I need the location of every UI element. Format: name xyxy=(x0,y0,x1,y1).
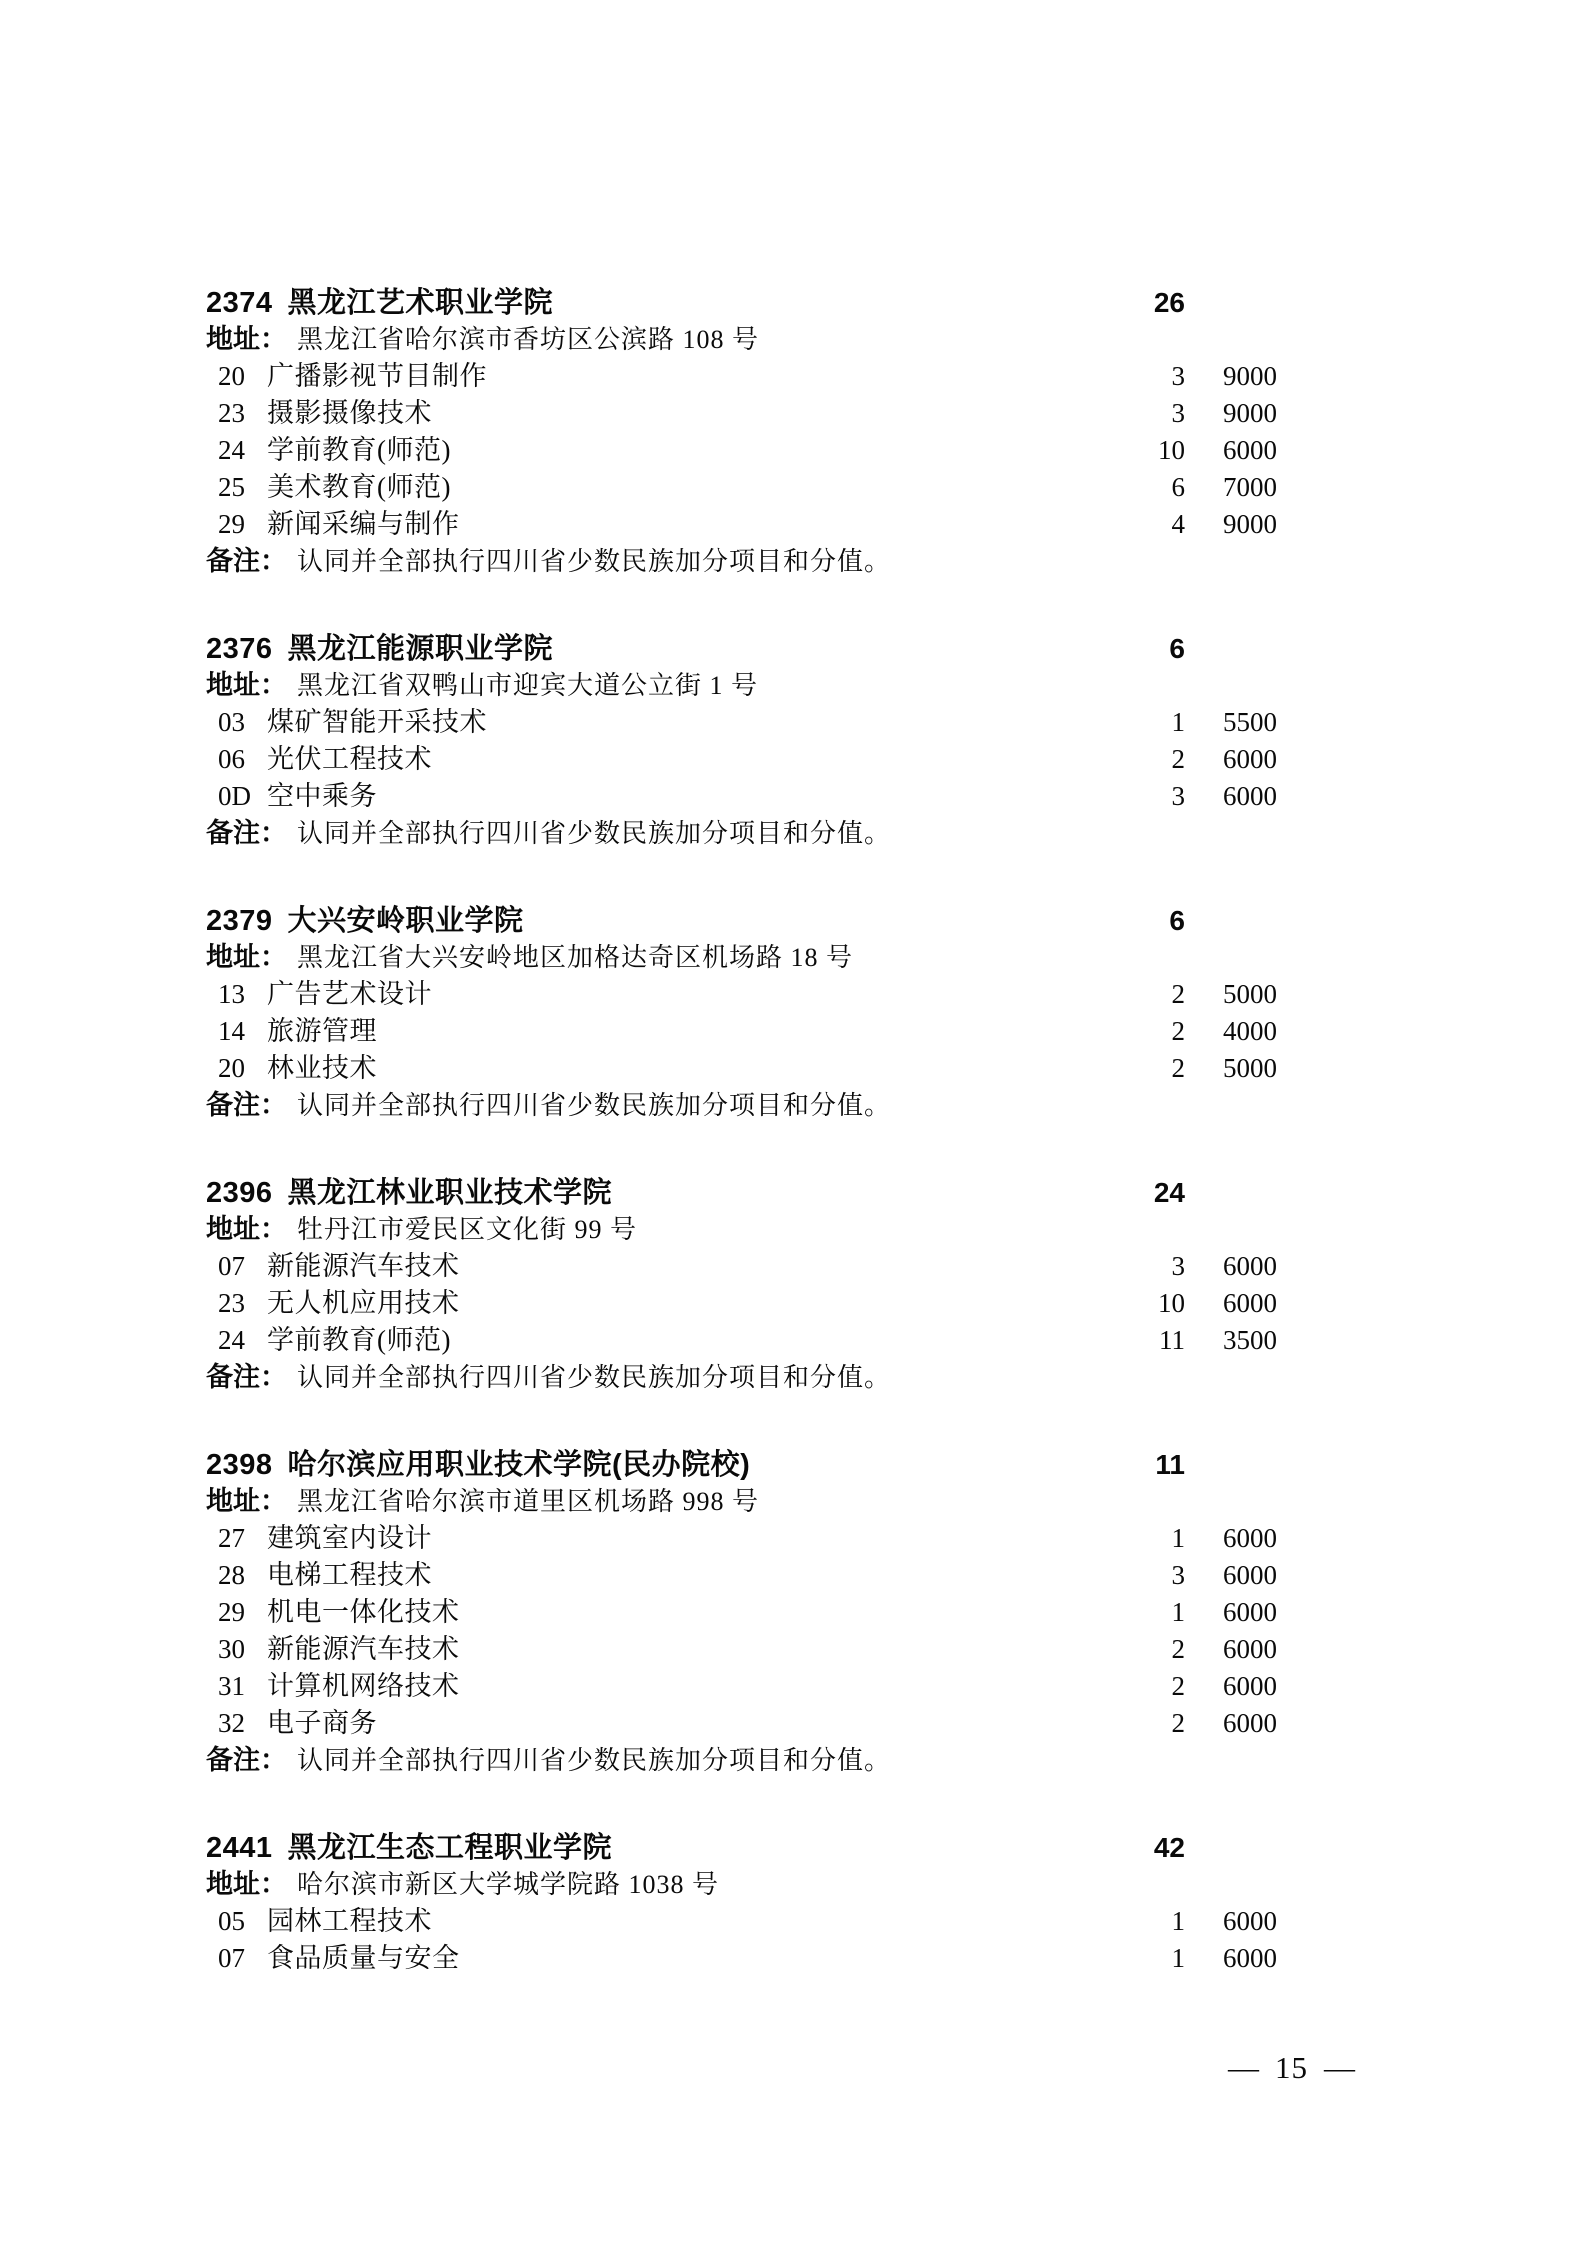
address-row: 地址： 黑龙江省哈尔滨市道里区机场路 998 号 xyxy=(206,1483,1277,1520)
major-code: 13 xyxy=(218,976,252,1013)
remark-row: 备注： 认同并全部执行四川省少数民族加分项目和分值。 xyxy=(206,543,1277,580)
address-label: 地址： xyxy=(206,667,287,704)
major-name: 电子商务 xyxy=(267,1705,1107,1742)
major-plan-count: 2 xyxy=(1107,1013,1185,1050)
address-text: 黑龙江省哈尔滨市香坊区公滨路 108 号 xyxy=(297,321,1277,358)
major-plan-count: 2 xyxy=(1107,1631,1185,1668)
major-row: 27 建筑室内设计 1 6000 xyxy=(206,1520,1277,1557)
major-name: 摄影摄像技术 xyxy=(267,395,1107,432)
major-plan-count: 11 xyxy=(1107,1322,1185,1359)
institution-total-plan: 24 xyxy=(1095,1174,1185,1211)
major-code: 03 xyxy=(218,704,252,741)
major-name: 新闻采编与制作 xyxy=(267,506,1107,543)
major-name: 机电一体化技术 xyxy=(267,1594,1107,1631)
institution-name: 黑龙江能源职业学院 xyxy=(288,631,1095,668)
institution-header-row: 2396 黑龙江林业职业技术学院 24 xyxy=(206,1174,1277,1211)
major-tuition-fee: 6000 xyxy=(1185,1631,1277,1668)
major-tuition-fee: 6000 xyxy=(1185,1594,1277,1631)
major-tuition-fee: 9000 xyxy=(1185,395,1277,432)
major-plan-count: 1 xyxy=(1107,1940,1185,1977)
major-plan-count: 2 xyxy=(1107,1668,1185,1705)
major-name: 光伏工程技术 xyxy=(267,741,1107,778)
major-code: 24 xyxy=(218,1322,252,1359)
address-label: 地址： xyxy=(206,321,287,358)
major-row: 07 食品质量与安全 1 6000 xyxy=(206,1940,1277,1977)
remark-row: 备注： 认同并全部执行四川省少数民族加分项目和分值。 xyxy=(206,815,1277,852)
institution-code: 2441 xyxy=(206,1830,273,1867)
major-row: 24 学前教育(师范) 11 3500 xyxy=(206,1322,1277,1359)
major-plan-count: 3 xyxy=(1107,1248,1185,1285)
major-name: 空中乘务 xyxy=(267,778,1107,815)
address-text: 哈尔滨市新区大学城学院路 1038 号 xyxy=(297,1866,1277,1903)
major-row: 31 计算机网络技术 2 6000 xyxy=(206,1668,1277,1705)
major-code: 32 xyxy=(218,1705,252,1742)
major-plan-count: 6 xyxy=(1107,469,1185,506)
institution-name: 黑龙江生态工程职业学院 xyxy=(288,1830,1095,1867)
major-tuition-fee: 5500 xyxy=(1185,704,1277,741)
major-code: 07 xyxy=(218,1940,252,1977)
major-tuition-fee: 6000 xyxy=(1185,1557,1277,1594)
major-tuition-fee: 6000 xyxy=(1185,1903,1277,1940)
remark-label: 备注： xyxy=(206,815,287,852)
address-label: 地址： xyxy=(206,1866,287,1903)
major-code: 24 xyxy=(218,432,252,469)
major-code: 06 xyxy=(218,741,252,778)
institution-list: 2374 黑龙江艺术职业学院 26 地址： 黑龙江省哈尔滨市香坊区公滨路 108… xyxy=(206,284,1277,2027)
address-row: 地址： 黑龙江省双鸭山市迎宾大道公立街 1 号 xyxy=(206,667,1277,704)
remark-label: 备注： xyxy=(206,1359,287,1396)
major-code: 31 xyxy=(218,1668,252,1705)
major-code: 07 xyxy=(218,1248,252,1285)
address-label: 地址： xyxy=(206,939,287,976)
major-plan-count: 2 xyxy=(1107,741,1185,778)
page-footer: —15— xyxy=(1228,2048,1355,2088)
major-code: 28 xyxy=(218,1557,252,1594)
major-code: 0D xyxy=(218,778,252,815)
remark-text: 认同并全部执行四川省少数民族加分项目和分值。 xyxy=(297,543,1277,580)
institution-section: 2441 黑龙江生态工程职业学院 42 地址： 哈尔滨市新区大学城学院路 103… xyxy=(206,1829,1277,1977)
major-plan-count: 4 xyxy=(1107,506,1185,543)
institution-total-plan: 42 xyxy=(1095,1829,1185,1866)
institution-name: 黑龙江林业职业技术学院 xyxy=(288,1175,1095,1212)
major-plan-count: 10 xyxy=(1107,432,1185,469)
address-row: 地址： 黑龙江省大兴安岭地区加格达奇区机场路 18 号 xyxy=(206,939,1277,976)
major-tuition-fee: 6000 xyxy=(1185,1248,1277,1285)
remark-text: 认同并全部执行四川省少数民族加分项目和分值。 xyxy=(297,1359,1277,1396)
major-tuition-fee: 6000 xyxy=(1185,1705,1277,1742)
institution-code: 2379 xyxy=(206,903,273,940)
major-name: 电梯工程技术 xyxy=(267,1557,1107,1594)
major-name: 计算机网络技术 xyxy=(267,1668,1107,1705)
institution-header-row: 2441 黑龙江生态工程职业学院 42 xyxy=(206,1829,1277,1866)
major-code: 05 xyxy=(218,1903,252,1940)
institution-code: 2398 xyxy=(206,1447,273,1484)
address-text: 黑龙江省哈尔滨市道里区机场路 998 号 xyxy=(297,1483,1277,1520)
institution-section: 2398 哈尔滨应用职业技术学院(民办院校) 11 地址： 黑龙江省哈尔滨市道里… xyxy=(206,1446,1277,1779)
address-text: 牡丹江市爱民区文化街 99 号 xyxy=(297,1211,1277,1248)
major-name: 煤矿智能开采技术 xyxy=(267,704,1107,741)
major-plan-count: 1 xyxy=(1107,1903,1185,1940)
major-name: 建筑室内设计 xyxy=(267,1520,1107,1557)
institution-name: 大兴安岭职业学院 xyxy=(288,903,1095,940)
address-text: 黑龙江省大兴安岭地区加格达奇区机场路 18 号 xyxy=(297,939,1277,976)
remark-row: 备注： 认同并全部执行四川省少数民族加分项目和分值。 xyxy=(206,1742,1277,1779)
major-code: 14 xyxy=(218,1013,252,1050)
major-row: 14 旅游管理 2 4000 xyxy=(206,1013,1277,1050)
major-row: 32 电子商务 2 6000 xyxy=(206,1705,1277,1742)
major-plan-count: 3 xyxy=(1107,1557,1185,1594)
major-name: 旅游管理 xyxy=(267,1013,1107,1050)
major-code: 20 xyxy=(218,1050,252,1087)
major-row: 29 新闻采编与制作 4 9000 xyxy=(206,506,1277,543)
major-plan-count: 10 xyxy=(1107,1285,1185,1322)
major-plan-count: 3 xyxy=(1107,778,1185,815)
major-tuition-fee: 6000 xyxy=(1185,778,1277,815)
major-row: 23 无人机应用技术 10 6000 xyxy=(206,1285,1277,1322)
institution-total-plan: 11 xyxy=(1095,1446,1185,1483)
major-row: 07 新能源汽车技术 3 6000 xyxy=(206,1248,1277,1285)
address-label: 地址： xyxy=(206,1211,287,1248)
major-plan-count: 2 xyxy=(1107,976,1185,1013)
major-tuition-fee: 3500 xyxy=(1185,1322,1277,1359)
major-name: 林业技术 xyxy=(267,1050,1107,1087)
remark-text: 认同并全部执行四川省少数民族加分项目和分值。 xyxy=(297,815,1277,852)
institution-code: 2376 xyxy=(206,631,273,668)
institution-header-row: 2398 哈尔滨应用职业技术学院(民办院校) 11 xyxy=(206,1446,1277,1483)
remark-label: 备注： xyxy=(206,543,287,580)
institution-section: 2374 黑龙江艺术职业学院 26 地址： 黑龙江省哈尔滨市香坊区公滨路 108… xyxy=(206,284,1277,580)
major-name: 广播影视节目制作 xyxy=(267,358,1107,395)
major-tuition-fee: 9000 xyxy=(1185,506,1277,543)
major-code: 25 xyxy=(218,469,252,506)
major-row: 0D 空中乘务 3 6000 xyxy=(206,778,1277,815)
document-page: 2374 黑龙江艺术职业学院 26 地址： 黑龙江省哈尔滨市香坊区公滨路 108… xyxy=(0,0,1587,2245)
major-tuition-fee: 5000 xyxy=(1185,1050,1277,1087)
major-tuition-fee: 5000 xyxy=(1185,976,1277,1013)
footer-dash-left: — xyxy=(1228,2050,1259,2085)
institution-total-plan: 26 xyxy=(1095,284,1185,321)
major-name: 广告艺术设计 xyxy=(267,976,1107,1013)
address-row: 地址： 黑龙江省哈尔滨市香坊区公滨路 108 号 xyxy=(206,321,1277,358)
major-name: 新能源汽车技术 xyxy=(267,1248,1107,1285)
institution-header-row: 2374 黑龙江艺术职业学院 26 xyxy=(206,284,1277,321)
major-code: 30 xyxy=(218,1631,252,1668)
major-row: 05 园林工程技术 1 6000 xyxy=(206,1903,1277,1940)
major-plan-count: 3 xyxy=(1107,358,1185,395)
major-plan-count: 1 xyxy=(1107,704,1185,741)
major-code: 23 xyxy=(218,395,252,432)
address-row: 地址： 牡丹江市爱民区文化街 99 号 xyxy=(206,1211,1277,1248)
major-row: 25 美术教育(师范) 6 7000 xyxy=(206,469,1277,506)
major-plan-count: 1 xyxy=(1107,1520,1185,1557)
major-tuition-fee: 6000 xyxy=(1185,741,1277,778)
institution-header-row: 2376 黑龙江能源职业学院 6 xyxy=(206,630,1277,667)
major-row: 23 摄影摄像技术 3 9000 xyxy=(206,395,1277,432)
major-name: 园林工程技术 xyxy=(267,1903,1107,1940)
remark-row: 备注： 认同并全部执行四川省少数民族加分项目和分值。 xyxy=(206,1359,1277,1396)
major-plan-count: 3 xyxy=(1107,395,1185,432)
institution-code: 2396 xyxy=(206,1175,273,1212)
major-name: 无人机应用技术 xyxy=(267,1285,1107,1322)
address-row: 地址： 哈尔滨市新区大学城学院路 1038 号 xyxy=(206,1866,1277,1903)
major-tuition-fee: 6000 xyxy=(1185,1520,1277,1557)
major-code: 29 xyxy=(218,1594,252,1631)
major-row: 06 光伏工程技术 2 6000 xyxy=(206,741,1277,778)
major-tuition-fee: 4000 xyxy=(1185,1013,1277,1050)
major-row: 28 电梯工程技术 3 6000 xyxy=(206,1557,1277,1594)
institution-total-plan: 6 xyxy=(1095,630,1185,667)
institution-code: 2374 xyxy=(206,285,273,322)
major-name: 新能源汽车技术 xyxy=(267,1631,1107,1668)
major-code: 23 xyxy=(218,1285,252,1322)
major-code: 27 xyxy=(218,1520,252,1557)
remark-label: 备注： xyxy=(206,1742,287,1779)
major-code: 20 xyxy=(218,358,252,395)
institution-section: 2376 黑龙江能源职业学院 6 地址： 黑龙江省双鸭山市迎宾大道公立街 1 号… xyxy=(206,630,1277,852)
major-tuition-fee: 6000 xyxy=(1185,1668,1277,1705)
remark-text: 认同并全部执行四川省少数民族加分项目和分值。 xyxy=(297,1742,1277,1779)
major-name: 食品质量与安全 xyxy=(267,1940,1107,1977)
major-row: 20 广播影视节目制作 3 9000 xyxy=(206,358,1277,395)
major-row: 20 林业技术 2 5000 xyxy=(206,1050,1277,1087)
major-row: 29 机电一体化技术 1 6000 xyxy=(206,1594,1277,1631)
major-tuition-fee: 6000 xyxy=(1185,1940,1277,1977)
major-name: 学前教育(师范) xyxy=(267,432,1107,469)
major-tuition-fee: 9000 xyxy=(1185,358,1277,395)
institution-name: 哈尔滨应用职业技术学院(民办院校) xyxy=(288,1447,1095,1484)
remark-label: 备注： xyxy=(206,1087,287,1124)
institution-section: 2396 黑龙江林业职业技术学院 24 地址： 牡丹江市爱民区文化街 99 号 … xyxy=(206,1174,1277,1396)
major-row: 24 学前教育(师范) 10 6000 xyxy=(206,432,1277,469)
institution-header-row: 2379 大兴安岭职业学院 6 xyxy=(206,902,1277,939)
footer-dash-right: — xyxy=(1324,2050,1355,2085)
major-plan-count: 2 xyxy=(1107,1050,1185,1087)
major-code: 29 xyxy=(218,506,252,543)
major-name: 学前教育(师范) xyxy=(267,1322,1107,1359)
institution-total-plan: 6 xyxy=(1095,902,1185,939)
major-row: 03 煤矿智能开采技术 1 5500 xyxy=(206,704,1277,741)
address-label: 地址： xyxy=(206,1483,287,1520)
major-row: 30 新能源汽车技术 2 6000 xyxy=(206,1631,1277,1668)
major-plan-count: 1 xyxy=(1107,1594,1185,1631)
major-tuition-fee: 6000 xyxy=(1185,1285,1277,1322)
page-number: 15 xyxy=(1275,2050,1308,2085)
major-plan-count: 2 xyxy=(1107,1705,1185,1742)
remark-row: 备注： 认同并全部执行四川省少数民族加分项目和分值。 xyxy=(206,1087,1277,1124)
address-text: 黑龙江省双鸭山市迎宾大道公立街 1 号 xyxy=(297,667,1277,704)
major-row: 13 广告艺术设计 2 5000 xyxy=(206,976,1277,1013)
major-tuition-fee: 6000 xyxy=(1185,432,1277,469)
remark-text: 认同并全部执行四川省少数民族加分项目和分值。 xyxy=(297,1087,1277,1124)
major-name: 美术教育(师范) xyxy=(267,469,1107,506)
institution-name: 黑龙江艺术职业学院 xyxy=(288,285,1095,322)
institution-section: 2379 大兴安岭职业学院 6 地址： 黑龙江省大兴安岭地区加格达奇区机场路 1… xyxy=(206,902,1277,1124)
major-tuition-fee: 7000 xyxy=(1185,469,1277,506)
